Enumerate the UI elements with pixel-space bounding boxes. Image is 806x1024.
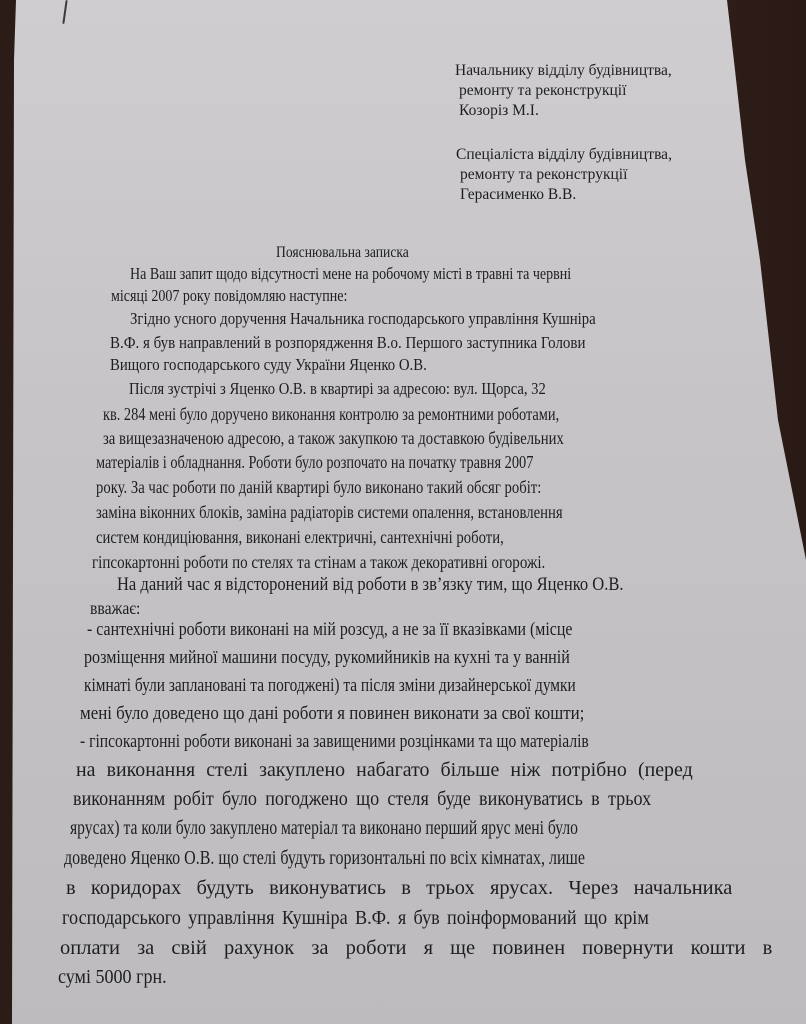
- body-line: гіпсокартонні роботи по стелях та стінам…: [92, 552, 545, 573]
- body-line: Після зустрічі з Яценко О.В. в квартирі …: [129, 379, 546, 399]
- body-line: кв. 284 мені було доручено виконання кон…: [103, 404, 559, 425]
- body-line: на виконання стелі закуплено набагато бі…: [76, 760, 693, 782]
- body-line: в коридорах будуть виконуватись в трьох …: [66, 877, 732, 900]
- body-line: вважає:: [90, 598, 140, 619]
- addressee-line-1: Начальнику відділу будівництва,: [455, 62, 672, 80]
- body-line: заміна віконних блоків, заміна радіаторі…: [96, 502, 563, 523]
- body-line: ярусах) та коли було закуплено матеріал …: [70, 818, 578, 840]
- body-line: місяці 2007 року повідомляю наступне:: [111, 286, 347, 306]
- body-line: Вищого господарського суду України Яценк…: [110, 355, 427, 375]
- sender-line-1: Спеціаліста відділу будівництва,: [456, 146, 672, 164]
- body-line: систем кондиціювання, виконані електричн…: [96, 527, 504, 548]
- body-line: оплати за свій рахунок за роботи я ще по…: [60, 937, 772, 960]
- addressee-line-2: ремонту та реконструкції: [459, 82, 626, 100]
- body-line: На Ваш запит щодо відсутності мене на ро…: [130, 264, 571, 284]
- paper-sheet: Начальнику відділу будівництва, ремонту …: [0, 0, 806, 1024]
- body-line: Згідно усного доручення Начальника госпо…: [130, 309, 596, 329]
- body-line: матеріалів і обладнання. Роботи було роз…: [96, 452, 533, 473]
- sender-line-2: ремонту та реконструкції: [460, 166, 627, 184]
- body-line: розміщення мийної машини посуду, рукомий…: [84, 648, 570, 669]
- body-line: В.Ф. я був направлений в розпорядження В…: [110, 333, 585, 353]
- document-title: Пояснювальна записка: [276, 244, 409, 262]
- body-line: сумі 5000 грн.: [58, 966, 167, 989]
- sender-name: Герасименко В.В.: [460, 186, 576, 204]
- body-line: На даний час я відсторонений від роботи …: [117, 574, 624, 596]
- body-line: доведено Яценко О.В. що стелі будуть гор…: [64, 847, 585, 870]
- body-line: року. За час роботи по даній квартирі бу…: [96, 477, 541, 498]
- addressee-name: Козоріз М.І.: [459, 102, 539, 120]
- body-line: - гіпсокартонні роботи виконані за завищ…: [80, 731, 589, 753]
- pen-mark: [62, 0, 67, 24]
- body-line: за вищезазначеною адресою, а також закуп…: [103, 428, 564, 449]
- body-line: кімнаті були заплановані та погоджені) т…: [84, 676, 576, 697]
- body-line: - сантехнічні роботи виконані на мій роз…: [87, 620, 572, 641]
- body-line: господарського управління Кушніра В.Ф. я…: [62, 907, 649, 930]
- body-line: виконанням робіт було погоджено що стеля…: [73, 789, 651, 811]
- body-line: мені було доведено що дані роботи я пови…: [80, 703, 584, 725]
